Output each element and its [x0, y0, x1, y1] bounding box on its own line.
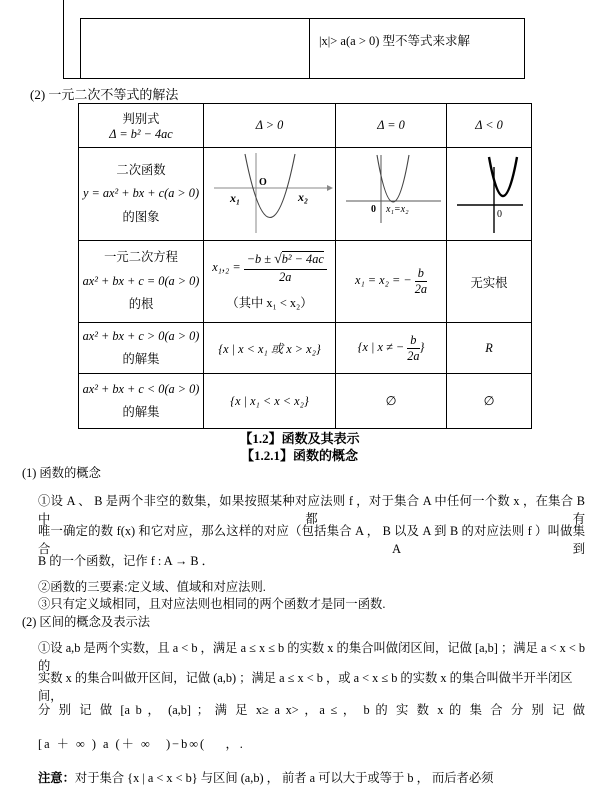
table-remnant-divider	[309, 19, 310, 79]
gt-zero-fraction: b2a	[407, 333, 419, 364]
numerator-prefix: −b ±	[247, 252, 274, 266]
graph-label-2: y = ax² + bx + c(a > 0)	[81, 182, 201, 205]
cell-lt-label: ax² + bx + c < 0(a > 0) 的解集	[79, 374, 204, 429]
roots-fraction-denominator: 2a	[244, 270, 327, 285]
document-page: |x|> a(a > 0) 型不等式来求解 (2) 一元二次不等式的解法 判别式…	[0, 0, 599, 804]
cell-delta-negative: Δ < 0	[447, 104, 532, 148]
roots-label-3: 的根	[81, 293, 201, 316]
gt-zero-prefix: {x | x ≠ −	[358, 340, 408, 354]
parabola-one-root-graph: 0 x₁=x₂	[338, 149, 444, 235]
table-remnant-left-border	[63, 0, 64, 79]
section-heading-1-2-1: 【1.2.1】函数的概念	[0, 445, 599, 464]
cell-roots-formula: x₁,₂ = −b ± √b² − 4ac 2a （其中 x₁ < x₂）	[204, 241, 336, 323]
paragraph-line: [a ＋ ∞ ) a (＋ ∞ )−b∞( ，.	[38, 734, 585, 752]
equal-roots-label: x₁=x₂	[385, 204, 409, 215]
cell-delta-positive: Δ > 0	[204, 104, 336, 148]
cell-gt-solution-zero: {x | x ≠ − b2a}	[336, 323, 447, 374]
graph-label-3: 的图象	[81, 206, 201, 229]
note-line: 注意：对于集合 {x | a < x < b} 与区间 (a,b) ， 前者 a…	[38, 768, 585, 786]
cell-delta-zero: Δ = 0	[336, 104, 447, 148]
cell-discriminant: 判别式 Δ = b² − 4ac	[79, 104, 204, 148]
table-row: ax² + bx + c > 0(a > 0) 的解集 {x | x < x₁ …	[79, 323, 532, 374]
table-row: ax² + bx + c < 0(a > 0) 的解集 {x | x₁ < x …	[79, 374, 532, 429]
graph-label-1: 二次函数	[81, 159, 201, 182]
x2-label: x₂	[297, 190, 308, 204]
roots-label-1: 一元二次方程	[81, 246, 201, 269]
cell-roots-label: 一元二次方程 ax² + bx + c = 0(a > 0) 的根	[79, 241, 204, 323]
table-row: 二次函数 y = ax² + bx + c(a > 0) 的图象 x₁ O x₂	[79, 148, 532, 241]
roots-fraction-numerator: −b ± √b² − 4ac	[244, 252, 327, 270]
item-1-title: (1) 函数的概念	[22, 463, 101, 481]
gt-label-2: 的解集	[81, 348, 201, 371]
roots-lhs: x₁,₂ =	[212, 260, 240, 274]
roots-formula: x₁,₂ = −b ± √b² − 4ac 2a	[206, 252, 333, 285]
sqrt-sign: √	[274, 252, 282, 267]
fraction-denominator: 2a	[407, 349, 419, 364]
cell-gt-label: ax² + bx + c > 0(a > 0) 的解集	[79, 323, 204, 374]
fraction-numerator: b	[407, 333, 419, 349]
quadratic-inequality-table: 判别式 Δ = b² − 4ac Δ > 0 Δ = 0 Δ < 0 二次函数 …	[78, 103, 532, 429]
equal-roots-fraction: b2a	[415, 266, 427, 297]
cell-gt-solution-pos: {x | x < x₁ 或 x > x₂}	[204, 323, 336, 374]
note-label: 注意：	[38, 771, 75, 785]
cell-graph-label: 二次函数 y = ax² + bx + c(a > 0) 的图象	[79, 148, 204, 241]
zero-label: 0	[371, 204, 376, 215]
radical: √b² − 4ac	[274, 252, 324, 266]
table-row: 一元二次方程 ax² + bx + c = 0(a > 0) 的根 x₁,₂ =…	[79, 241, 532, 323]
radicand: b² − 4ac	[282, 251, 324, 266]
x1-label: x₁	[229, 191, 240, 205]
cell-parabola-one-root: 0 x₁=x₂	[336, 148, 447, 241]
paragraph-line: 分 别 记 做 [a b ， (a,b] ； 满 足 x≥ a x> ，a ≤ …	[38, 700, 585, 718]
note-text: 对于集合 {x | a < x < b} 与区间 (a,b) ， 前者 a 可以…	[75, 771, 494, 785]
item-2-title: (2) 区间的概念及表示法	[22, 612, 150, 630]
parabola-two-roots-graph: x₁ O x₂	[206, 149, 333, 235]
roots-note: （其中 x₁ < x₂）	[206, 293, 333, 311]
cell-lt-solution-zero: ∅	[336, 374, 447, 429]
lt-label-1: ax² + bx + c < 0(a > 0)	[81, 378, 201, 401]
cell-no-real-roots: 无实根	[447, 241, 532, 323]
discriminant-formula: Δ = b² − 4ac	[81, 127, 201, 142]
gt-label-1: ax² + bx + c > 0(a > 0)	[81, 325, 201, 348]
origin-label: O	[259, 177, 267, 188]
table-remnant: |x|> a(a > 0) 型不等式来求解	[80, 18, 525, 79]
fraction-denominator: 2a	[415, 282, 427, 297]
cell-parabola-two-roots: x₁ O x₂	[204, 148, 336, 241]
table-row: 判别式 Δ = b² − 4ac Δ > 0 Δ = 0 Δ < 0	[79, 104, 532, 148]
paragraph-line: ②函数的三要素:定义域、值域和对应法则.	[38, 577, 585, 595]
cell-lt-solution-neg: ∅	[447, 374, 532, 429]
cell-lt-solution-pos: {x | x₁ < x < x₂}	[204, 374, 336, 429]
roots-label-2: ax² + bx + c = 0(a > 0)	[81, 270, 201, 293]
paragraph-line: 实数 x 的集合叫做开区间，记做 (a,b) ；满足 a ≤ x < b ，或 …	[38, 668, 585, 704]
lt-label-2: 的解集	[81, 401, 201, 424]
zero-label: 0	[497, 209, 502, 220]
gt-zero-suffix: }	[420, 340, 425, 354]
parabola-no-root-graph: 0	[449, 149, 529, 235]
abs-inequality-note: |x|> a(a > 0) 型不等式来求解	[319, 31, 470, 49]
discriminant-label: 判别式	[81, 109, 201, 127]
cell-parabola-no-root: 0	[447, 148, 532, 241]
cell-equal-roots: x₁ = x₂ = − b2a	[336, 241, 447, 323]
paragraph-line: ③只有定义域相同，且对应法则也相同的两个函数才是同一函数.	[38, 594, 585, 612]
cell-gt-solution-neg: R	[447, 323, 532, 374]
paragraph-line: B 的一个函数，记作 f : A → B ．	[38, 551, 585, 569]
section-heading-quadratic-inequality: (2) 一元二次不等式的解法	[30, 84, 178, 103]
roots-fraction: −b ± √b² − 4ac 2a	[244, 252, 327, 285]
fraction-numerator: b	[415, 266, 427, 282]
equal-roots-prefix: x₁ = x₂ = −	[355, 273, 415, 287]
